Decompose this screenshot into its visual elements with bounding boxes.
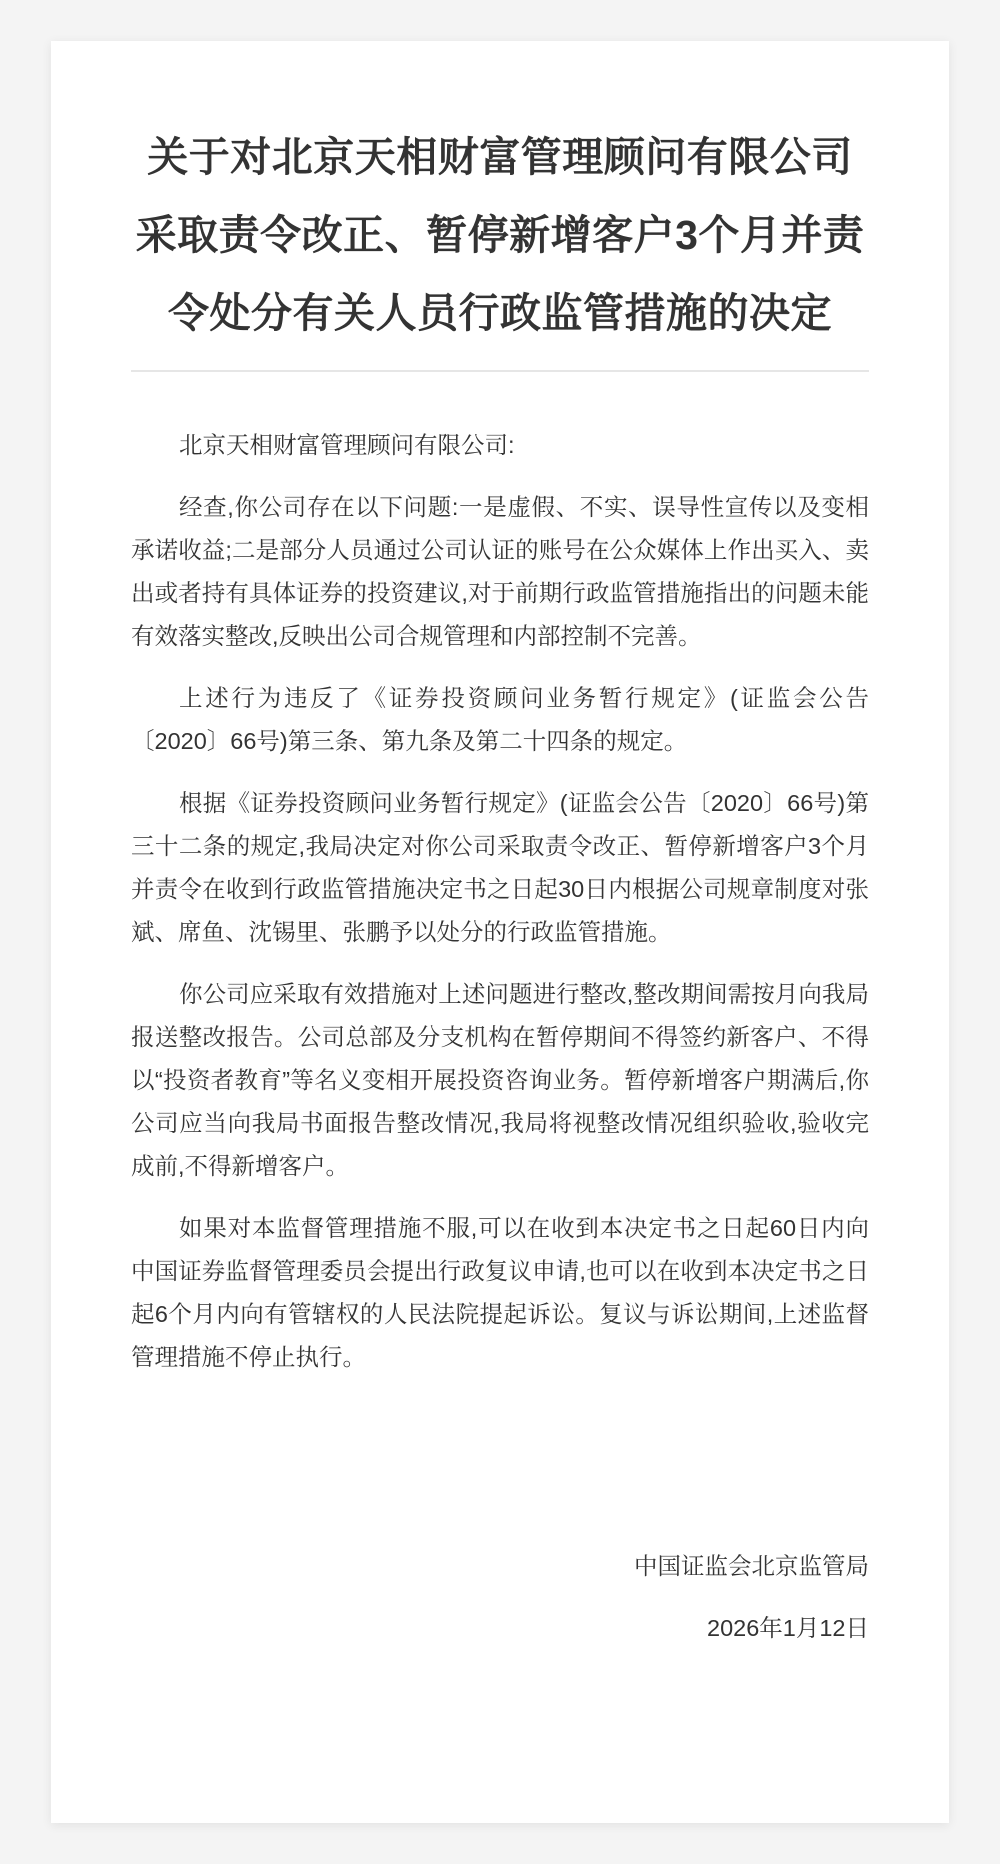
paragraph-violation: 上述行为违反了《证券投资顾问业务暂行规定》(证监会公告〔2020〕66号)第三条… [131, 677, 869, 763]
document-body: 北京天相财富管理顾问有限公司: 经查,你公司存在以下问题:一是虚假、不实、误导性… [131, 424, 869, 1379]
paragraph-appeal: 如果对本监督管理措施不服,可以在收到本决定书之日起60日内向中国证券监督管理委员… [131, 1207, 869, 1379]
issuer-name: 中国证监会北京监管局 [131, 1545, 869, 1588]
document-title: 关于对北京天相财富管理顾问有限公司采取责令改正、暂停新增客户3个月并责令处分有关… [131, 118, 869, 352]
paragraph-decision: 根据《证券投资顾问业务暂行规定》(证监会公告〔2020〕66号)第三十二条的规定… [131, 782, 869, 954]
paragraph-rectification: 你公司应采取有效措施对上述问题进行整改,整改期间需按月向我局报送整改报告。公司总… [131, 973, 869, 1188]
signature-block: 中国证监会北京监管局 2026年1月12日 [131, 1545, 869, 1650]
issue-date: 2026年1月12日 [131, 1607, 869, 1650]
paragraph-findings: 经查,你公司存在以下问题:一是虚假、不实、误导性宣传以及变相承诺收益;二是部分人… [131, 486, 869, 658]
document-card: 关于对北京天相财富管理顾问有限公司采取责令改正、暂停新增客户3个月并责令处分有关… [51, 41, 949, 1823]
title-divider [131, 370, 869, 372]
salutation: 北京天相财富管理顾问有限公司: [131, 424, 869, 467]
